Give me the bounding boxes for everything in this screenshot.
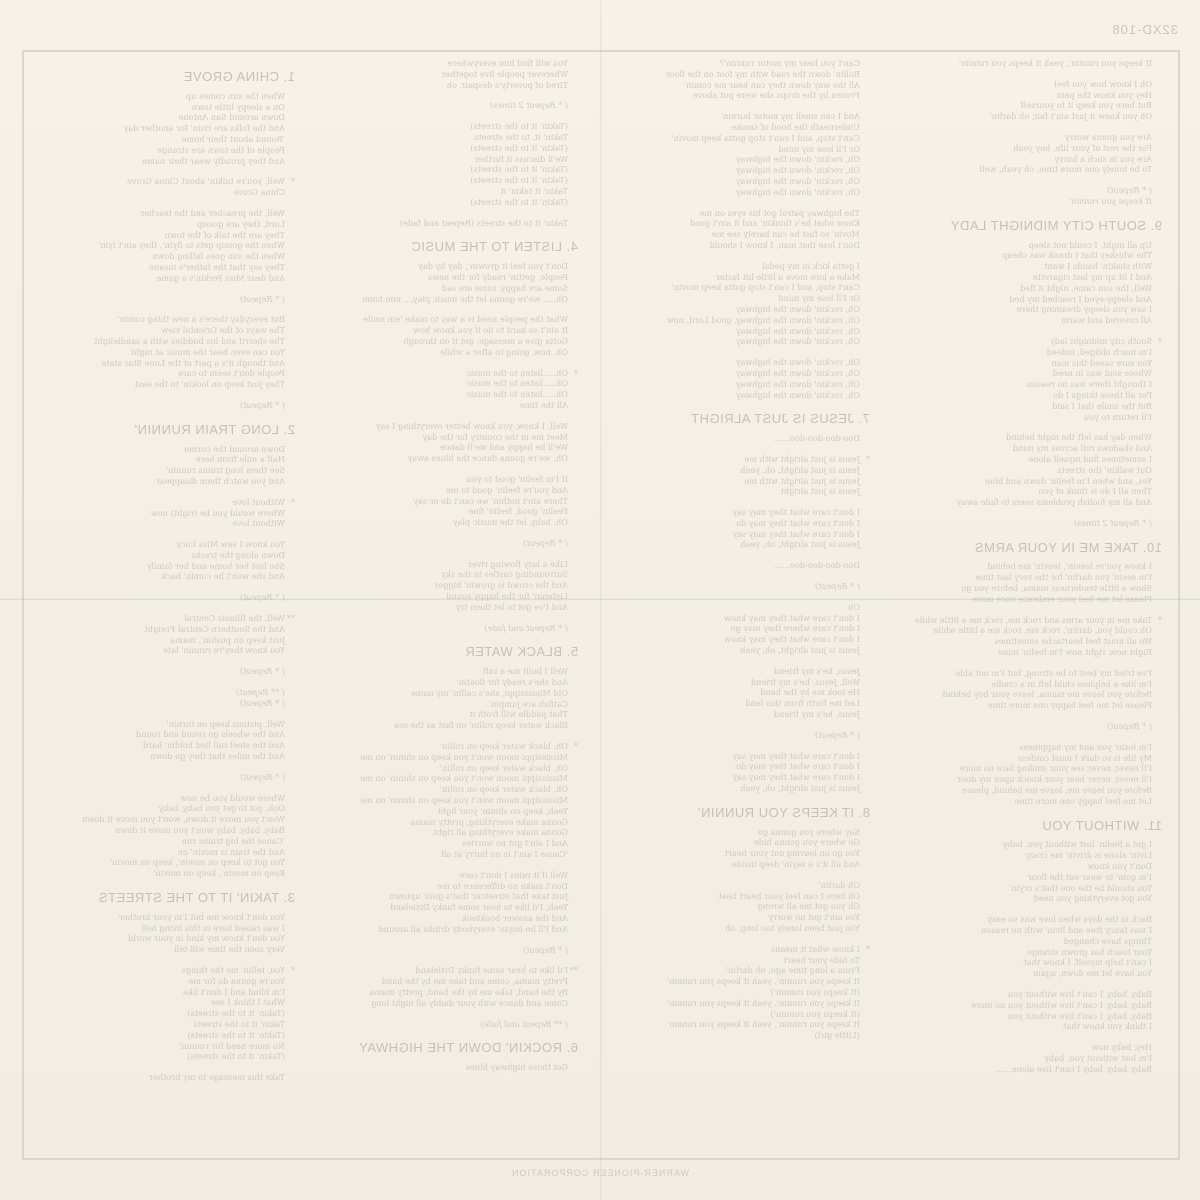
stanza: *Oh.....listen to the musicOh.....listen… [308,368,568,411]
lyric-line: She lost her home and her family [25,561,285,572]
line-text: Jesus is just alright, oh, yeah [740,465,860,475]
song-block: Can't you hear my motor runnin'?Rollin' … [600,58,870,400]
repeat-note: ( * Repeat) [25,400,285,411]
line-text: (It keeps you runnin') [770,1009,860,1019]
line-text: Yes, and when I'm feelin' down and blue [985,476,1152,486]
lyric-line: I'm much obliged, indeed [902,347,1152,358]
vertical-fold-crease [599,0,602,1200]
lyric-line: Black water keep rollin' on fast as the … [308,720,568,731]
lyric-line: Oh I know how you feel [902,79,1152,90]
song-block: 5. BLACK WATERWell I built me a raftAnd … [308,647,578,1029]
lyric-line: Baby, baby, baby I can't live alone.....… [902,1064,1152,1075]
lyric-line: Rollin' down the road with my foot on th… [600,69,860,80]
line-text: You have let me down, again [1033,968,1152,978]
stanza: (Takin' it to the streets)Takin' it, to … [308,121,568,207]
line-text: I saw you sleepy dreaming there [1017,304,1153,314]
line-text: You're gonna do for me [188,976,285,986]
stanza: OhI don't care what they may knowI don't… [600,602,860,656]
lyric-line: *Oh.....listen to the music [308,368,568,379]
line-text: Surrounding castles in the sky [441,569,568,579]
stanza: When day has left the night behindAnd sh… [902,432,1152,508]
repeat-note: ( ** Repeat and fade) [308,1019,568,1030]
lyric-line: Down around San Antone [25,112,285,123]
line-text: I don't care what they may know [724,613,860,623]
song-title: 8. IT KEEPS YOU RUNNIN' [600,808,870,819]
lyric-line: I don't care what they may know [600,613,860,624]
lyric-line: Don't lose that man, I know I should [600,240,860,251]
lyric-line: All the way down they can hear me comin' [600,80,860,91]
lyric-line: Well, the preacher and the teacher [25,208,285,219]
stanza: *I know what it meansTo hide your heartF… [600,944,860,1041]
line-text: Well I built me a raft [482,666,568,676]
lyric-line: I gotta kick in my pedal [600,261,860,272]
lyric-line: With shakin' hands I want [902,261,1152,272]
line-text: You ain't got no worry [768,912,860,922]
line-text: Oh, black water keep on rollin' [440,763,568,773]
stanza: Well, the preacher and the teacherLord, … [25,208,285,284]
line-text: You don't know my kind in your world [128,933,285,943]
line-text: It keeps you runnin', yeah it keeps you … [667,998,860,1008]
lyric-line: People, gettin' ready for the news [308,272,568,283]
line-text: I don't care where they may go [731,623,860,633]
line-text: Oh, now, going to after a while [440,347,568,357]
line-text: ( * Repeat) [240,772,285,782]
lyric-line: But here you keep it to yourself [902,100,1152,111]
line-text: Oh, rockin' down the highway [736,357,860,367]
lyric-line: 'Round about their home [25,134,285,145]
lyric-line: Up all night, I could not sleep [902,240,1152,251]
song-block: 1. CHINA GROVEWhen the sun comes upOn a … [25,72,295,411]
lyric-line: Half a mile from here [25,454,285,465]
lyric-line: You got everything you need [902,893,1152,904]
line-text: Oh, rockin' down the highway [736,154,860,164]
line-text: Yeah, keep on shinin' your light [437,806,568,816]
lyric-line: Things have changed [902,936,1152,947]
line-text: For the rest of your life, hey yeah [1013,143,1152,153]
lyric-line: Whose soul was in need [902,368,1152,379]
lyric-line: Oh, rockin' down the highway [600,390,860,401]
lyric-line: To be lonely one more time, oh yeah, wel… [902,164,1152,175]
lyric-line: I'll never, never hear your knock upon m… [902,774,1152,785]
line-text: Feelin' good, feelin' fine [469,506,569,516]
line-text: Wherever people live together [441,69,568,79]
lyric-line: Down around the corner [25,444,285,455]
lyrics-column-3: Can't you hear my motor runnin'?Rollin' … [600,58,870,1051]
lyric-line: For the rest of your life, hey yeah [902,143,1152,154]
line-text: Without love [232,497,285,507]
stanza: **Well, the Illinois CentralAnd the Sout… [25,613,285,656]
stanza: Hey, baby nowI'm lost without you, babyB… [902,1042,1152,1074]
line-text: No more need for runnin' [179,1041,285,1051]
lyric-line: Well if it rains I don't care [308,870,568,881]
lyric-line: Gotta give a message, get it on through [308,336,568,347]
stanza: I'm losin' you and my happinessMy life i… [902,742,1152,807]
lyric-line: Just take that streetcar that's goin' up… [308,891,568,902]
lyric-line: The highway patrol got his eyes on me [600,208,860,219]
lyric-line: Doo-doo-doo-doo...... [600,433,860,444]
lyric-line: Say where you gonna go [600,827,860,838]
song-title: 6. ROCKIN' DOWN THE HIGHWAY [308,1043,578,1054]
chorus-marker: * [285,497,295,508]
lyric-line: Got those highway blues [308,1062,568,1073]
line-text: Half a mile from here [196,454,285,464]
lyric-line: **Well, the Illinois Central [25,613,285,624]
line-text: Make a lore move a little bit faster [716,272,860,282]
song-title: 2. LONG TRAIN RUNNIN' [25,425,295,436]
line-text: (Takin' it to the streets) [470,164,568,174]
line-text: Oh darlin' [819,880,860,890]
lyric-line: Are you gonna worry [902,132,1152,143]
stanza: I got a feelin' lost without you, babyLi… [902,839,1152,904]
line-text: You go on leaving out your heart [725,848,860,858]
stanza: The highway patrol got his eyes on meKno… [600,208,860,251]
lyric-line: Can't stop, and I can't stop gotta keep … [600,282,860,293]
line-text: Well, the Illinois Central [184,613,285,623]
lyric-line: Oh, we're gonna dance the blues away [308,453,568,464]
lyric-line: Livin' alone is drivin' me crazy [902,850,1152,861]
line-text: (Takin' it to the streets) [470,175,568,185]
stanza: I don't care what they may sayI don't ca… [600,507,860,550]
repeat-note: ( * Repeat) [902,721,1152,732]
line-text: Oh, rockin' down the highway [736,336,860,346]
lyric-line: For all these things I do [902,390,1152,401]
line-text: She lost her home and her family [147,561,285,571]
lyric-line: Please let me feel happy one more time [902,700,1152,711]
line-text: And the answer booktook [462,913,568,923]
chorus-marker: * [860,944,870,955]
line-text: Out walkin' the streets [1057,465,1152,475]
lyric-line: Know what he's thinkin' and it ain't goo… [600,218,860,229]
lyric-line: (Takin' it to the streets) [308,143,568,154]
line-text: Or I'll lose my mind [778,293,860,303]
line-text: Jesus is just alright, oh, yeah [740,539,860,549]
lyric-line: Like a lazy flowing river [308,559,568,570]
lyric-line: You don't know my kind in your world [25,933,285,944]
line-text: (Takin' it to the streets) [470,197,568,207]
lyric-line: I think you know that [902,1021,1152,1032]
line-text: Things have changed [1064,936,1152,946]
lyric-line: I don't care what they may say [600,529,860,540]
lyric-line: And the Southern Central Freight [25,624,285,635]
line-text: They just keep on lookin' to the east [135,379,285,389]
line-text: You got everything you need [1034,893,1152,903]
lyric-line: Well, the sun came, night it fled [902,283,1152,294]
stanza: Up all night, I could not sleepThe whisk… [902,240,1152,326]
lyric-line: Jesus is just alright, oh, yeah [600,645,860,656]
line-text: And sleepy-eyed I reached my bed [1009,294,1152,304]
stanza: ( * Repeat 2 times) [308,100,568,111]
line-text: (Takin' it to the streets) [470,143,568,153]
lyric-line: Jesus is just alright, oh, yeah [600,539,860,550]
line-text: Black water keep rollin' on fast as the … [394,720,568,730]
song-title: 3. TAKIN' IT TO THE STREETS [25,893,295,904]
line-text: I don't care what they may do [736,761,860,771]
lyric-line: Tired of poverty's despair, oh [308,80,568,91]
song-block: 8. IT KEEPS YOU RUNNIN'Say where you gon… [600,808,870,1041]
line-text: Hey you know the pain [1057,90,1152,100]
chorus-marker: ** [568,965,578,976]
lyric-line: *Oh, black water keep on rollin' [308,741,568,752]
lyric-line: Well, I know, you know better everything… [308,421,568,432]
lyric-line: Are you in such a hurry [902,154,1152,165]
lyric-line: Or I'll lose my mind [600,144,860,155]
chorus-marker: * [568,741,578,752]
line-text: Well, you're talkin' about China Grove [127,176,285,186]
stanza: Oh I know how you feelHey you know the p… [902,79,1152,122]
lyric-line: Won't you move it down, won't you move i… [25,814,285,825]
line-text: I don't care what they may say [732,507,860,517]
line-text: ( * Repeat 2 times) [1074,518,1152,528]
lyric-line: When the sun comes up [25,91,285,102]
line-text: Oh here I can feel your heart beat [718,891,860,901]
line-text: Takin' it, to the streets [474,132,568,142]
stanza: Where would you be nowOoh, got to get yo… [25,793,285,879]
stanza: It keeps you runnin', yeah it keeps you … [902,58,1152,69]
lyric-line: Without love [25,518,285,529]
repeat-note: ( * Repeat) [25,294,285,305]
stanza: When the sun comes upOn a sleepy little … [25,91,285,167]
lyric-line: (Takin' it to the streets) [308,121,568,132]
stanza: I've tried my best to be strong, but I'm… [902,668,1152,711]
line-text: You know I saw Miss Lucy [176,539,285,549]
line-text: But everyday there's a new thing comin' [117,314,285,324]
lyric-line: Led me forth from this land [600,698,860,709]
lyric-line: You go on leaving out your heart [600,848,860,859]
line-text: Please let me feel happy one more time [988,700,1152,710]
song-block: 4. LISTEN TO THE MUSICDon't you feel it … [308,242,578,633]
line-text: I'll never, never see your smiling face … [960,763,1152,773]
lyric-line: And shadows roll across my mind [902,443,1152,454]
line-text: All covered and warm [1061,315,1152,325]
line-text: Catfish are jumpin' [489,699,568,709]
line-text: ( ** Repeat) [236,687,285,697]
line-text: It keeps you runnin', yeah it keeps you … [667,1019,860,1029]
lyric-line: Before you leave me mama, leave your boy… [902,689,1152,700]
line-text: I'll never, never hear your knock upon m… [957,774,1152,784]
lyric-line: I'm lost without you, baby [902,1053,1152,1064]
line-text: Can't you hear my motor runnin'? [720,58,860,68]
stanza: Doo-doo-doo-doo...... [600,560,860,571]
line-text: Oh, black water keep on rollin' [440,784,568,794]
line-text: And I ain't got no worries [462,838,568,848]
line-text: Don't make no difference to me [437,881,568,891]
lyric-line: Oh you got me all wrong [600,901,860,912]
line-text: But here you keep it to yourself [1021,100,1152,110]
lyric-line: Frozen by the drops she were put above [600,90,860,101]
line-text: You got to keep on movin', keep on movin… [110,857,285,867]
line-text: Very soon the time will tell [174,944,285,954]
line-text: Oh.....listen to the music [466,389,568,399]
line-text: Don't you know [1087,861,1152,871]
lyric-line: I'll never, never see your smiling face … [902,763,1152,774]
line-text: Oh, rockin' down the highway [736,390,860,400]
line-text: Frozen by the drops she were put above [693,90,860,100]
stanza: *Take me in your arms and rock me, rock … [902,615,1152,658]
stanza: ( * Repeat) [600,581,860,592]
lyric-line: Pretty mama, come and take me by the han… [308,976,568,987]
line-text: Jesus is just alright with me [744,454,860,464]
line-text: ( * Repeat) [240,698,285,708]
lyric-line: Oh you knew it just ain't fair, oh darli… [902,111,1152,122]
line-text: Oh, rockin' down the highway [736,187,860,197]
line-text: I don't care what they may do [736,518,860,528]
lyric-line: But everyday there's a new thing comin' [25,314,285,325]
stanza: Can't you hear my motor runnin'?Rollin' … [600,58,860,101]
repeat-note: It keeps you runnin' [902,196,1152,207]
line-text: From a long time ago, oh darlin' [726,965,860,975]
stanza: Doo-doo-doo-doo...... [600,433,860,444]
lyric-line: Lord, they are gossip [25,219,285,230]
song-block: 10. TAKE ME IN YOUR ARMSI know you're le… [902,543,1162,807]
line-text: And though it's a part of the Lone Star … [101,358,285,368]
lyric-line: I was raised here in this living hell [25,923,285,934]
lyric-line: What the people need is a way to make 'e… [308,314,568,325]
lyric-line: The whiskey that I drank was cheap [902,250,1152,261]
lyric-line: Hey, baby now [902,1042,1152,1053]
line-text: Takin' it takin' it [500,186,568,196]
line-text: ( * Repeat) [1107,185,1152,195]
lyric-line: See them long trains runnin' [25,465,285,476]
stanza: If I'm feelin' good to youAnd you're fee… [308,474,568,528]
line-text: Well, the preacher and the teacher [140,208,285,218]
lyric-line: (Takin' it to the streets) [25,1051,285,1062]
line-text: (Takin' it to the streets) [187,1051,285,1061]
lyric-line: Takin' it, to the streets [308,132,568,143]
line-text: Are you gonna worry [1065,132,1152,142]
lyric-line: I got a feelin' lost without you, baby [902,839,1152,850]
chorus-marker: ** [285,613,295,624]
repeat-note: ( * Repeat 2 times) [308,100,568,111]
stanza: *Jesus is just alright with meJesus is j… [600,454,860,497]
lyric-line: I don't care what they may say [600,751,860,762]
stanza: You know I saw Miss LucyDown along the t… [25,539,285,582]
line-text: Don't you feel it growin', day by day [418,261,568,271]
stanza: *Well, you're talkin' about China GroveC… [25,176,285,198]
chorus-marker: * [1152,336,1162,347]
song-title: 11. WITHOUT YOU [902,821,1162,832]
line-text: To be lonely one more time, oh yeah, wel… [979,164,1152,174]
repeat-note: ( * Repeat) [308,538,568,549]
lyric-line: Jesus is just alright, oh, yeah [600,465,860,476]
lyric-line: Baby, baby, I can't live without you [902,989,1152,1000]
stanza: ( ** Repeat and fade) [308,1019,568,1030]
song-block: 7. JESUS IS JUST ALRIGHTDoo-doo-doo-doo.… [600,414,870,794]
lyric-line: Yes, and when I'm feelin' down and blue [902,476,1152,487]
line-text: Oh, rockin' down the highway, good Lord,… [667,315,860,325]
line-text: Tired of poverty's despair, oh [447,80,568,90]
lyric-line: My life is so dark I must confess [902,753,1152,764]
line-text: You, tellin' me the things [182,965,285,975]
lyric-line: Surrounding castles in the sky [308,569,568,580]
line-text: And the wheels go round and round [136,729,285,739]
line-text: Meet me in the country for the day [423,432,568,442]
stanza: And I can smell my motor burnin'Undernea… [600,111,860,197]
line-text: Oh, we're gonna dance the blues away [408,453,568,463]
line-text: Baby, baby, I can't live without you no … [971,1000,1152,1010]
line-text: Well, pistons keep on turnin' [166,719,285,729]
line-text: I was fancy free and livin' with no reas… [981,925,1152,935]
line-text: ( * Repeat) [240,400,285,410]
line-text: I don't care what they may say [732,529,860,539]
lyric-line: You can even hear the music at night [25,347,285,358]
line-text: Some are happy, some are sad [442,283,568,293]
line-text: Oh [848,602,860,612]
song-block: You will find him everywhereWherever peo… [308,58,578,228]
stanza: ( * Repeat) [25,400,285,411]
lyric-line: Out walkin' the streets [902,465,1152,476]
lyric-line: I don't care what they may do [600,518,860,529]
line-text: To hide your heart [784,955,861,965]
line-text: And the folks are risin' for another day [124,123,285,133]
lyric-line: Mississippi moon won't you keep on shini… [308,773,568,784]
lyric-line: They just keep on lookin' to the east [25,379,285,390]
lyrics-column-4: It keeps you runnin', yeah it keeps you … [902,58,1162,1085]
line-text: You just been lonely too long, oh [725,923,860,933]
line-text: Jesus is just alright, oh, yeah [740,783,860,793]
stanza: ( * Repeat) [600,730,860,741]
line-text: And she won't be comin' back [161,571,285,581]
lyric-line: Oh, rockin' down the highway [600,304,860,315]
line-text: Back in the days when love was so easy [987,914,1152,924]
repeat-note: ( * Repeat) [902,185,1152,196]
line-text: You should be the one that's cryin' [1009,883,1152,893]
lyric-line: Baby, baby, I can't live without you [902,1011,1152,1022]
lyric-line: Takin' it to the streets (Repeat and fad… [308,218,568,229]
lyric-line: I was fancy free and livin' with no reas… [902,925,1152,936]
line-text: I'd like to hear some funky Dixieland [415,965,568,975]
lyric-line: I've tried my best to be strong, but I'm… [902,668,1152,679]
line-text: And the crowd is growin' bigger [434,580,568,590]
stanza: ( * Repeat) [25,772,285,783]
lyric-line: *I know what it means [600,944,860,955]
line-text: Well if it rains I don't care [460,870,568,880]
stanza: Well, I know, you know better everything… [308,421,568,464]
lyric-line: Oh, rockin' down the highway [600,326,860,337]
song-title: 4. LISTEN TO THE MUSIC [308,242,578,253]
lyric-line: China Grove [25,187,285,198]
lyric-line: Don't you feel it growin', day by day [308,261,568,272]
stanza: *You, tellin' me the thingsYou're gonna … [25,965,285,1062]
lyric-line: Wherever people live together [308,69,568,80]
lyric-line: Jesus, he's my friend [600,709,860,720]
lyric-line: (Takin' it to the streets) [308,175,568,186]
lyric-line: Oh, now, going to after a while [308,347,568,358]
lyric-line: If I'm feelin' good to you [308,474,568,485]
line-text: Rollin' down the road with my foot on th… [666,69,860,79]
lyric-line: Oh [600,602,860,613]
line-text: He took me by the hand [760,687,860,697]
lyric-line: We all must feel heartache sometimes [902,636,1152,647]
lyric-line: On a sleepy little town [25,102,285,113]
line-text: With shakin' hands I want [1044,261,1152,271]
line-text: And the Southern Central Freight [144,624,285,634]
stanza: But everyday there's a new thing comin'T… [25,314,285,390]
line-text: Jesus is just alright, oh, yeah [740,645,860,655]
line-text: And I lit up my last cigarette [1033,272,1152,282]
lyric-line: All the time [308,400,568,411]
line-text: 'Cause I ain't in no hurry at all [441,849,568,859]
line-text: Oh, rockin' down the highway [736,176,860,186]
line-text: Oh I know how you feel [1054,79,1152,89]
lyric-line: I saw you sleepy dreaming there [902,304,1152,315]
repeat-note: ( * Repeat) [600,581,860,592]
chorus-marker: * [285,176,295,187]
line-text: ( * Repeat) [240,294,285,304]
repeat-note: ( * Repeat and fade) [308,623,568,634]
lyric-line: You will find him everywhere [308,58,568,69]
lyric-line: And I've got to let them try [308,602,568,613]
lyric-line: You sure saved this man [902,358,1152,369]
